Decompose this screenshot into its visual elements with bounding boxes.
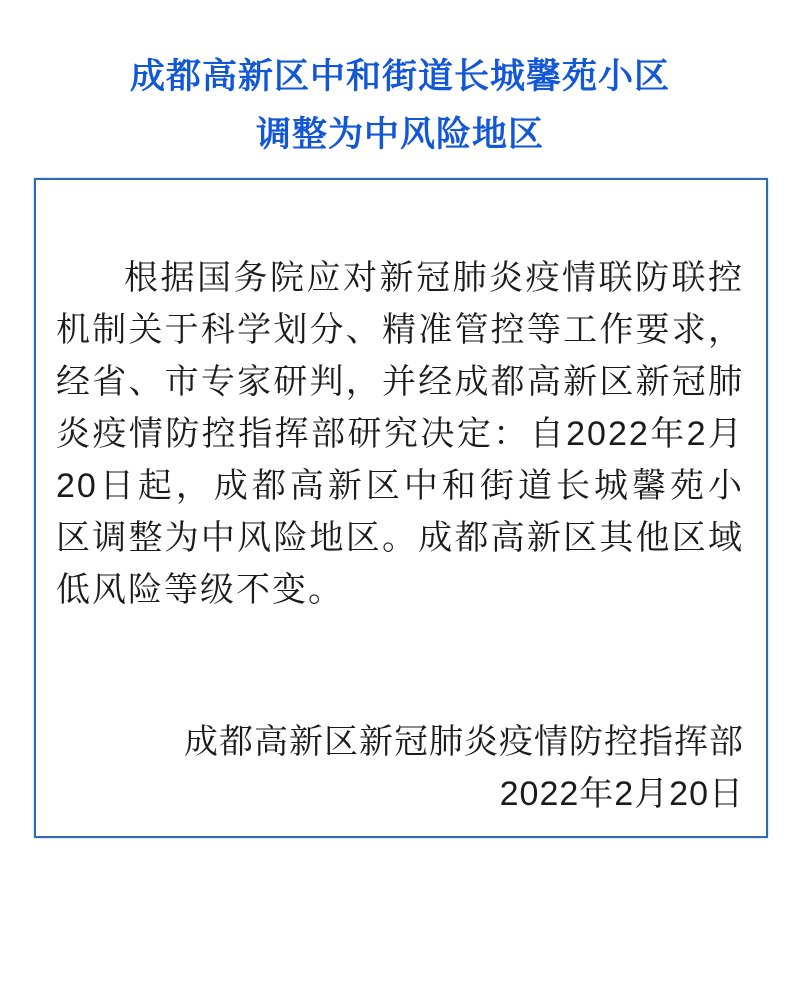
notice-title-line-2: 调整为中风险地区 — [0, 106, 800, 164]
signature-date: 2022年2月20日 — [56, 768, 744, 820]
notice-body-paragraph: 根据国务院应对新冠肺炎疫情联防联控机制关于科学划分、精准管控等工作要求，经省、市… — [56, 252, 744, 616]
notice-page: 成都高新区中和街道长城馨苑小区 调整为中风险地区 根据国务院应对新冠肺炎疫情联防… — [0, 0, 800, 982]
notice-title: 成都高新区中和街道长城馨苑小区 调整为中风险地区 — [0, 0, 800, 164]
signature-issuer: 成都高新区新冠肺炎疫情防控指挥部 — [56, 716, 744, 768]
signature-block: 成都高新区新冠肺炎疫情防控指挥部 2022年2月20日 — [56, 716, 744, 820]
notice-title-line-1: 成都高新区中和街道长城馨苑小区 — [0, 48, 800, 106]
notice-bordered-box: 根据国务院应对新冠肺炎疫情联防联控机制关于科学划分、精准管控等工作要求，经省、市… — [34, 178, 768, 838]
